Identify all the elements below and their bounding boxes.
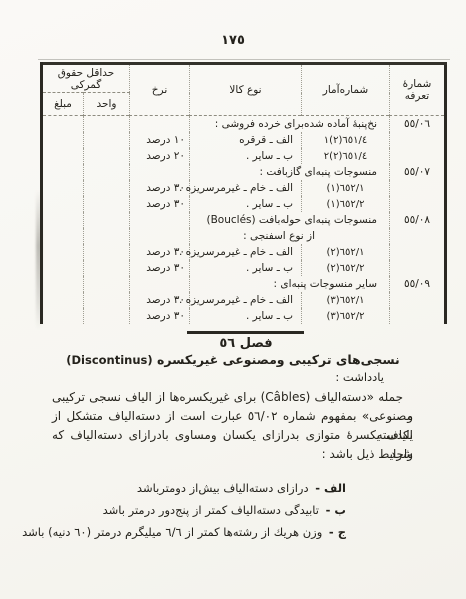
condition-label: ب -: [326, 503, 346, 517]
item-description: ب ـ سایر .: [190, 196, 302, 212]
section-divider-rule: [187, 331, 304, 334]
stat-number: ٦٥٢/١(٣): [302, 292, 390, 308]
item-description: ب ـ سایر .: [190, 148, 302, 164]
item-row: ٦٥١/٤(٢)١ الف ـ قرقره ١٠ درصد: [42, 132, 446, 148]
group-title-row: ٥٥/٠٦ نخ‌پنبۀ آماده شده‌برای خرده فروشی …: [42, 116, 446, 133]
conditions-list: الف - درازای دسته‌الیاف بیش‌از دومترباشد…: [22, 477, 346, 543]
condition-label: ج -: [329, 525, 346, 539]
rate-value: ١٠ درصد: [130, 132, 190, 148]
condition-text: درازای دسته‌الیاف بیش‌از دومترباشد: [137, 481, 309, 495]
condition-item: الف - درازای دسته‌الیاف بیش‌از دومترباشد: [22, 477, 346, 499]
item-row: ٦٥٢/١(٢) الف ـ خام ـ غیرمرسریزه . ٣٠ درص…: [42, 244, 446, 260]
note-line: جمله «دسته‌الیاف (Câbles) برای غیریکسره‌…: [52, 388, 413, 407]
condition-item: ب - تابیدگی دسته‌الیاف کمتر از پنج‌دور د…: [22, 499, 346, 521]
header-tariff-line2: تعرفه: [393, 90, 441, 102]
header-tariff-number: شمارۀ تعرفه: [390, 64, 446, 116]
tariff-number: ٥٥/٠٩: [390, 276, 446, 292]
condition-label: الف -: [315, 481, 346, 495]
header-stat-number: شماره‌آمار: [302, 64, 390, 116]
item-description: ب ـ سایر .: [190, 260, 302, 276]
group-title-row: ٥٥/٠٩ سایر منسوجات پنبه‌ای :: [42, 276, 446, 292]
note-line: الیاف یکسرۀ متوازی بدرازای یکسان ومساوی …: [52, 426, 413, 445]
tariff-number: ٥٥/٠٧: [390, 164, 446, 180]
table-top-hairline: [38, 59, 450, 60]
header-goods-type: نوع کالا: [190, 64, 302, 116]
item-row: ٦٥٢/١(١) الف ـ خام ـ غیرمرسریزه . ٣٠ درص…: [42, 180, 446, 196]
group-title: سایر منسوجات پنبه‌ای :: [190, 276, 390, 292]
rate-value: ٢٠ درصد: [130, 148, 190, 164]
note-paragraph: جمله «دسته‌الیاف (Câbles) برای غیریکسره‌…: [52, 388, 413, 464]
tariff-table: شمارۀ تعرفه شماره‌آمار نوع کالا نرخ حداق…: [40, 62, 447, 324]
tariff-number: ٥٥/٠٨: [390, 212, 446, 228]
chapter-title-latin: (Discontinus): [66, 353, 152, 367]
header-unit: واحد: [84, 93, 130, 116]
scanned-document-page: ١٧٥ شمارۀ تعرفه شماره‌آمار نوع کالا نرخ …: [0, 0, 466, 599]
item-row: ٦٥٢/٢(٢) ب ـ سایر . ٣٠ درصد: [42, 260, 446, 276]
table-header: شمارۀ تعرفه شماره‌آمار نوع کالا نرخ حداق…: [42, 64, 446, 116]
rate-value: ٣٠ درصد: [130, 180, 190, 196]
item-row: ٦٥٢/٢(١) ب ـ سایر . ٣٠ درصد: [42, 196, 446, 212]
stat-number: ٦٥١/٤(٢)٢: [302, 148, 390, 164]
rate-value: ٣٠ درصد: [130, 260, 190, 276]
rate-value: ٣٠ درصد: [130, 196, 190, 212]
header-tariff-line1: شمارۀ: [393, 78, 441, 90]
table-body: ٥٥/٠٦ نخ‌پنبۀ آماده شده‌برای خرده فروشی …: [42, 116, 446, 325]
chapter-title: نسجی‌های ترکیبی ومصنوعی غیریکسره (Discon…: [0, 352, 466, 367]
note-label: یادداشت :: [335, 370, 384, 384]
item-row: ٦٥١/٤(٢)٢ ب ـ سایر . ٢٠ درصد: [42, 148, 446, 164]
group-subtitle: از نوع اسفنجی :: [190, 228, 390, 244]
stat-number: ٦٥٢/١(١): [302, 180, 390, 196]
group-subtitle-row: از نوع اسفنجی :: [42, 228, 446, 244]
item-row: ٦٥٢/٢(٣) ب ـ سایر . ٣٠ درصد: [42, 308, 446, 324]
chapter-number: فصل ٥٦: [26, 336, 466, 351]
group-title: منسوجات پنبه‌ای حوله‌بافت (Bouclés): [190, 212, 390, 228]
stat-number: ٦٥١/٤(٢)١: [302, 132, 390, 148]
header-amount: مبلغ: [42, 93, 84, 116]
item-description: الف ـ خام ـ غیرمرسریزه .: [190, 292, 302, 308]
note-line: شرایط ذیل باشد :: [52, 445, 413, 464]
item-description: الف ـ خام ـ غیرمرسریزه .: [190, 244, 302, 260]
group-title: منسوجات پنبه‌ای گازبافت :: [190, 164, 390, 180]
stat-number: ٦٥٢/٢(١): [302, 196, 390, 212]
tariff-number: ٥٥/٠٦: [390, 116, 446, 133]
stat-number: ٦٥٢/٢(٢): [302, 260, 390, 276]
stat-number: ٦٥٢/١(٢): [302, 244, 390, 260]
header-rate: نرخ: [130, 64, 190, 116]
condition-text: وزن هریك از رشته‌ها کمتر از ٦/٦ میلیگرم …: [22, 525, 322, 539]
page-number: ١٧٥: [0, 33, 466, 48]
chapter-title-persian: نسجی‌های ترکیبی ومصنوعی غیریکسره: [157, 352, 400, 367]
item-row: ٦٥٢/١(٣) الف ـ خام ـ غیرمرسریزه . ٣٠ درص…: [42, 292, 446, 308]
group-title-row: ٥٥/٠٨ منسوجات پنبه‌ای حوله‌بافت (Bouclés…: [42, 212, 446, 228]
group-title-row: ٥٥/٠٧ منسوجات پنبه‌ای گازبافت :: [42, 164, 446, 180]
header-min-customs-duty: حداقل حقوق گمرکی: [42, 64, 130, 93]
stat-number: ٦٥٢/٢(٣): [302, 308, 390, 324]
condition-item: ج - وزن هریك از رشته‌ها کمتر از ٦/٦ میلی…: [22, 521, 346, 543]
item-description: الف ـ خام ـ غیرمرسریزه .: [190, 180, 302, 196]
note-line: مصنوعی» بمفهوم شماره ٥٦/٠٢ عبارت است از …: [52, 407, 413, 426]
rate-value: ٣٠ درصد: [130, 308, 190, 324]
group-title: نخ‌پنبۀ آماده شده‌برای خرده فروشی :: [190, 116, 390, 133]
rate-value: ٣٠ درصد: [130, 244, 190, 260]
rate-value: ٣٠ درصد: [130, 292, 190, 308]
item-description: الف ـ قرقره: [190, 132, 302, 148]
item-description: ب ـ سایر .: [190, 308, 302, 324]
condition-text: تابیدگی دسته‌الیاف کمتر از پنج‌دور درمتر…: [103, 503, 319, 517]
